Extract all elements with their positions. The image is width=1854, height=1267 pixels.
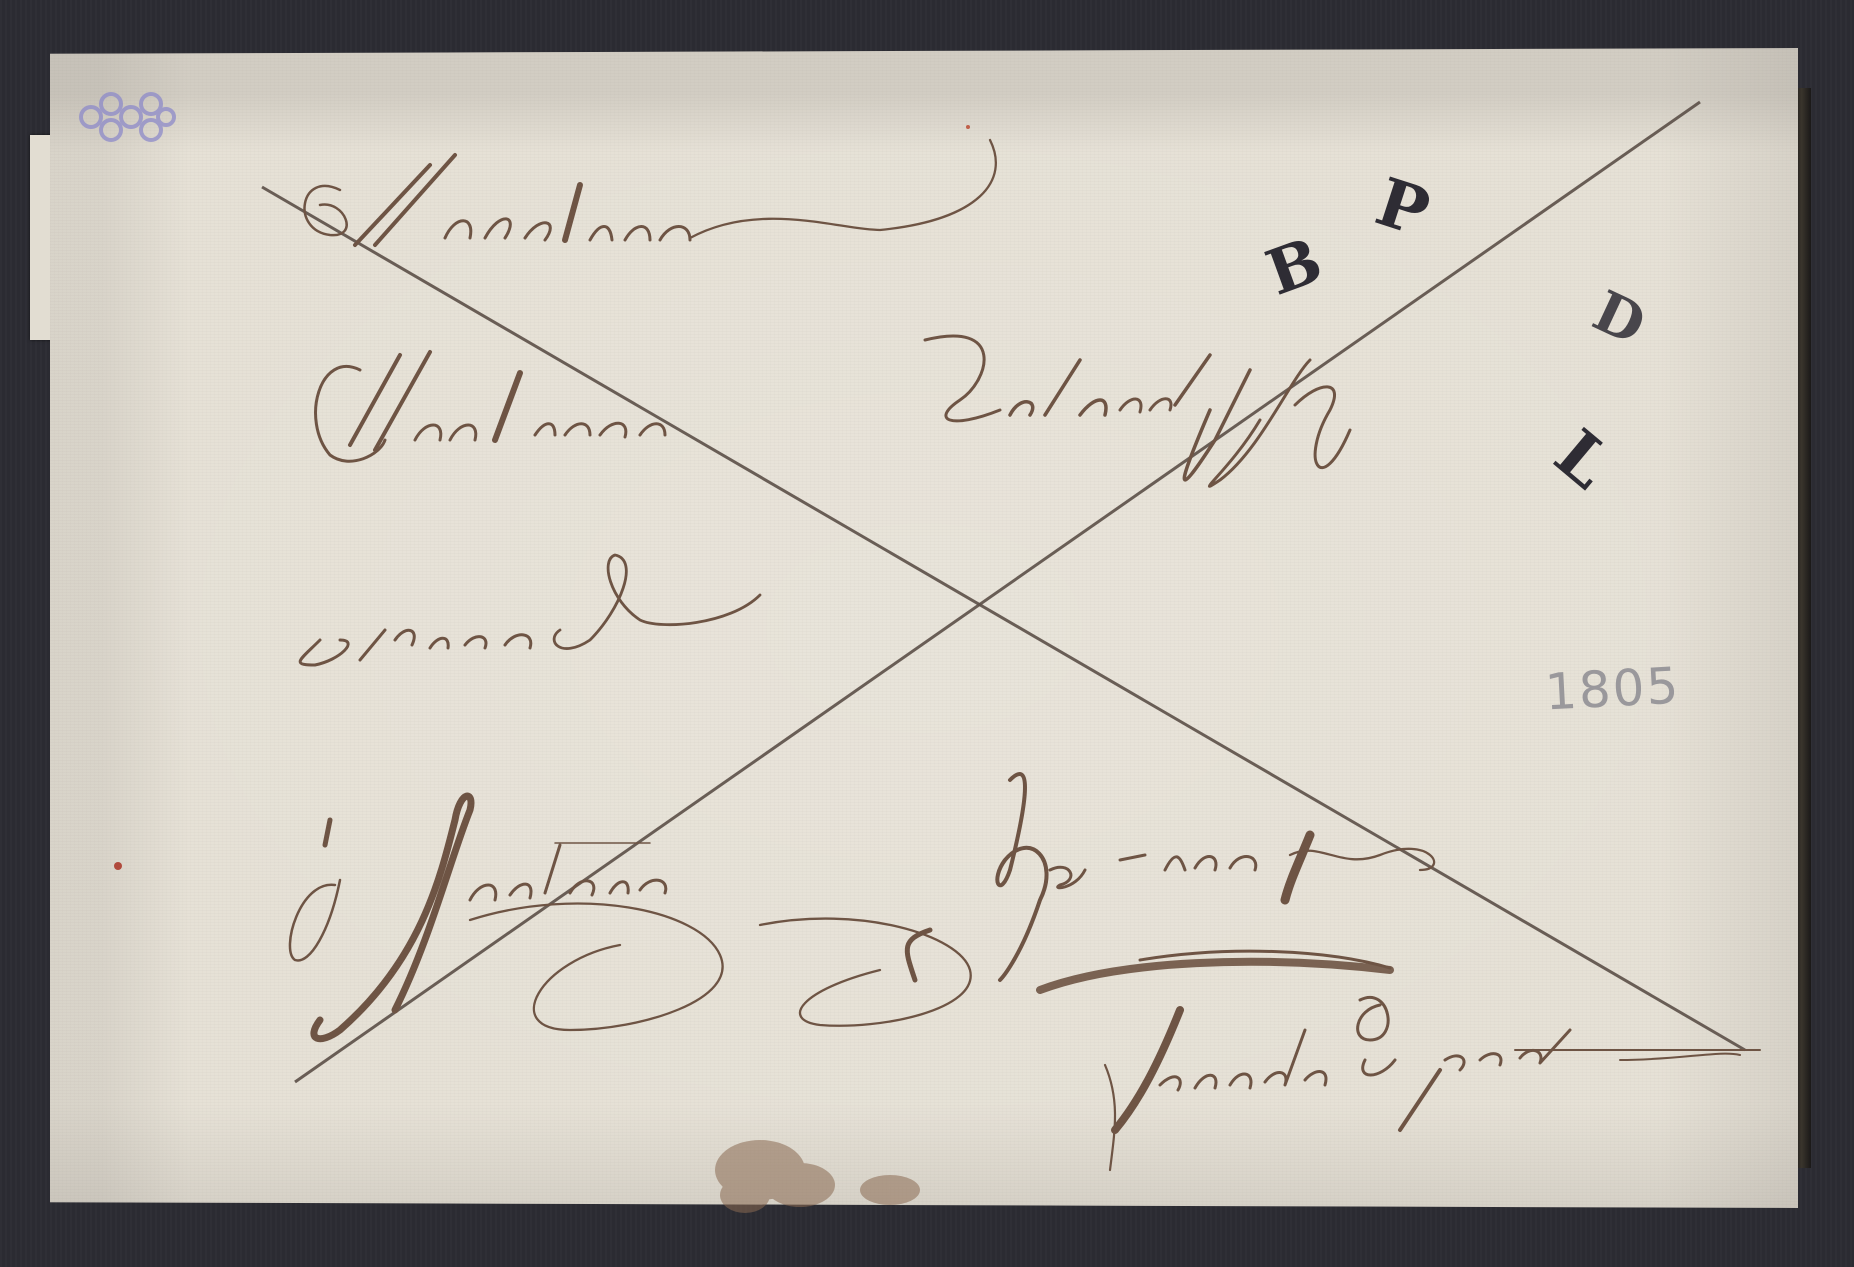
pencil-date-annotation: 1805 xyxy=(1544,657,1682,722)
manuscript-ink-layer xyxy=(0,0,1854,1267)
